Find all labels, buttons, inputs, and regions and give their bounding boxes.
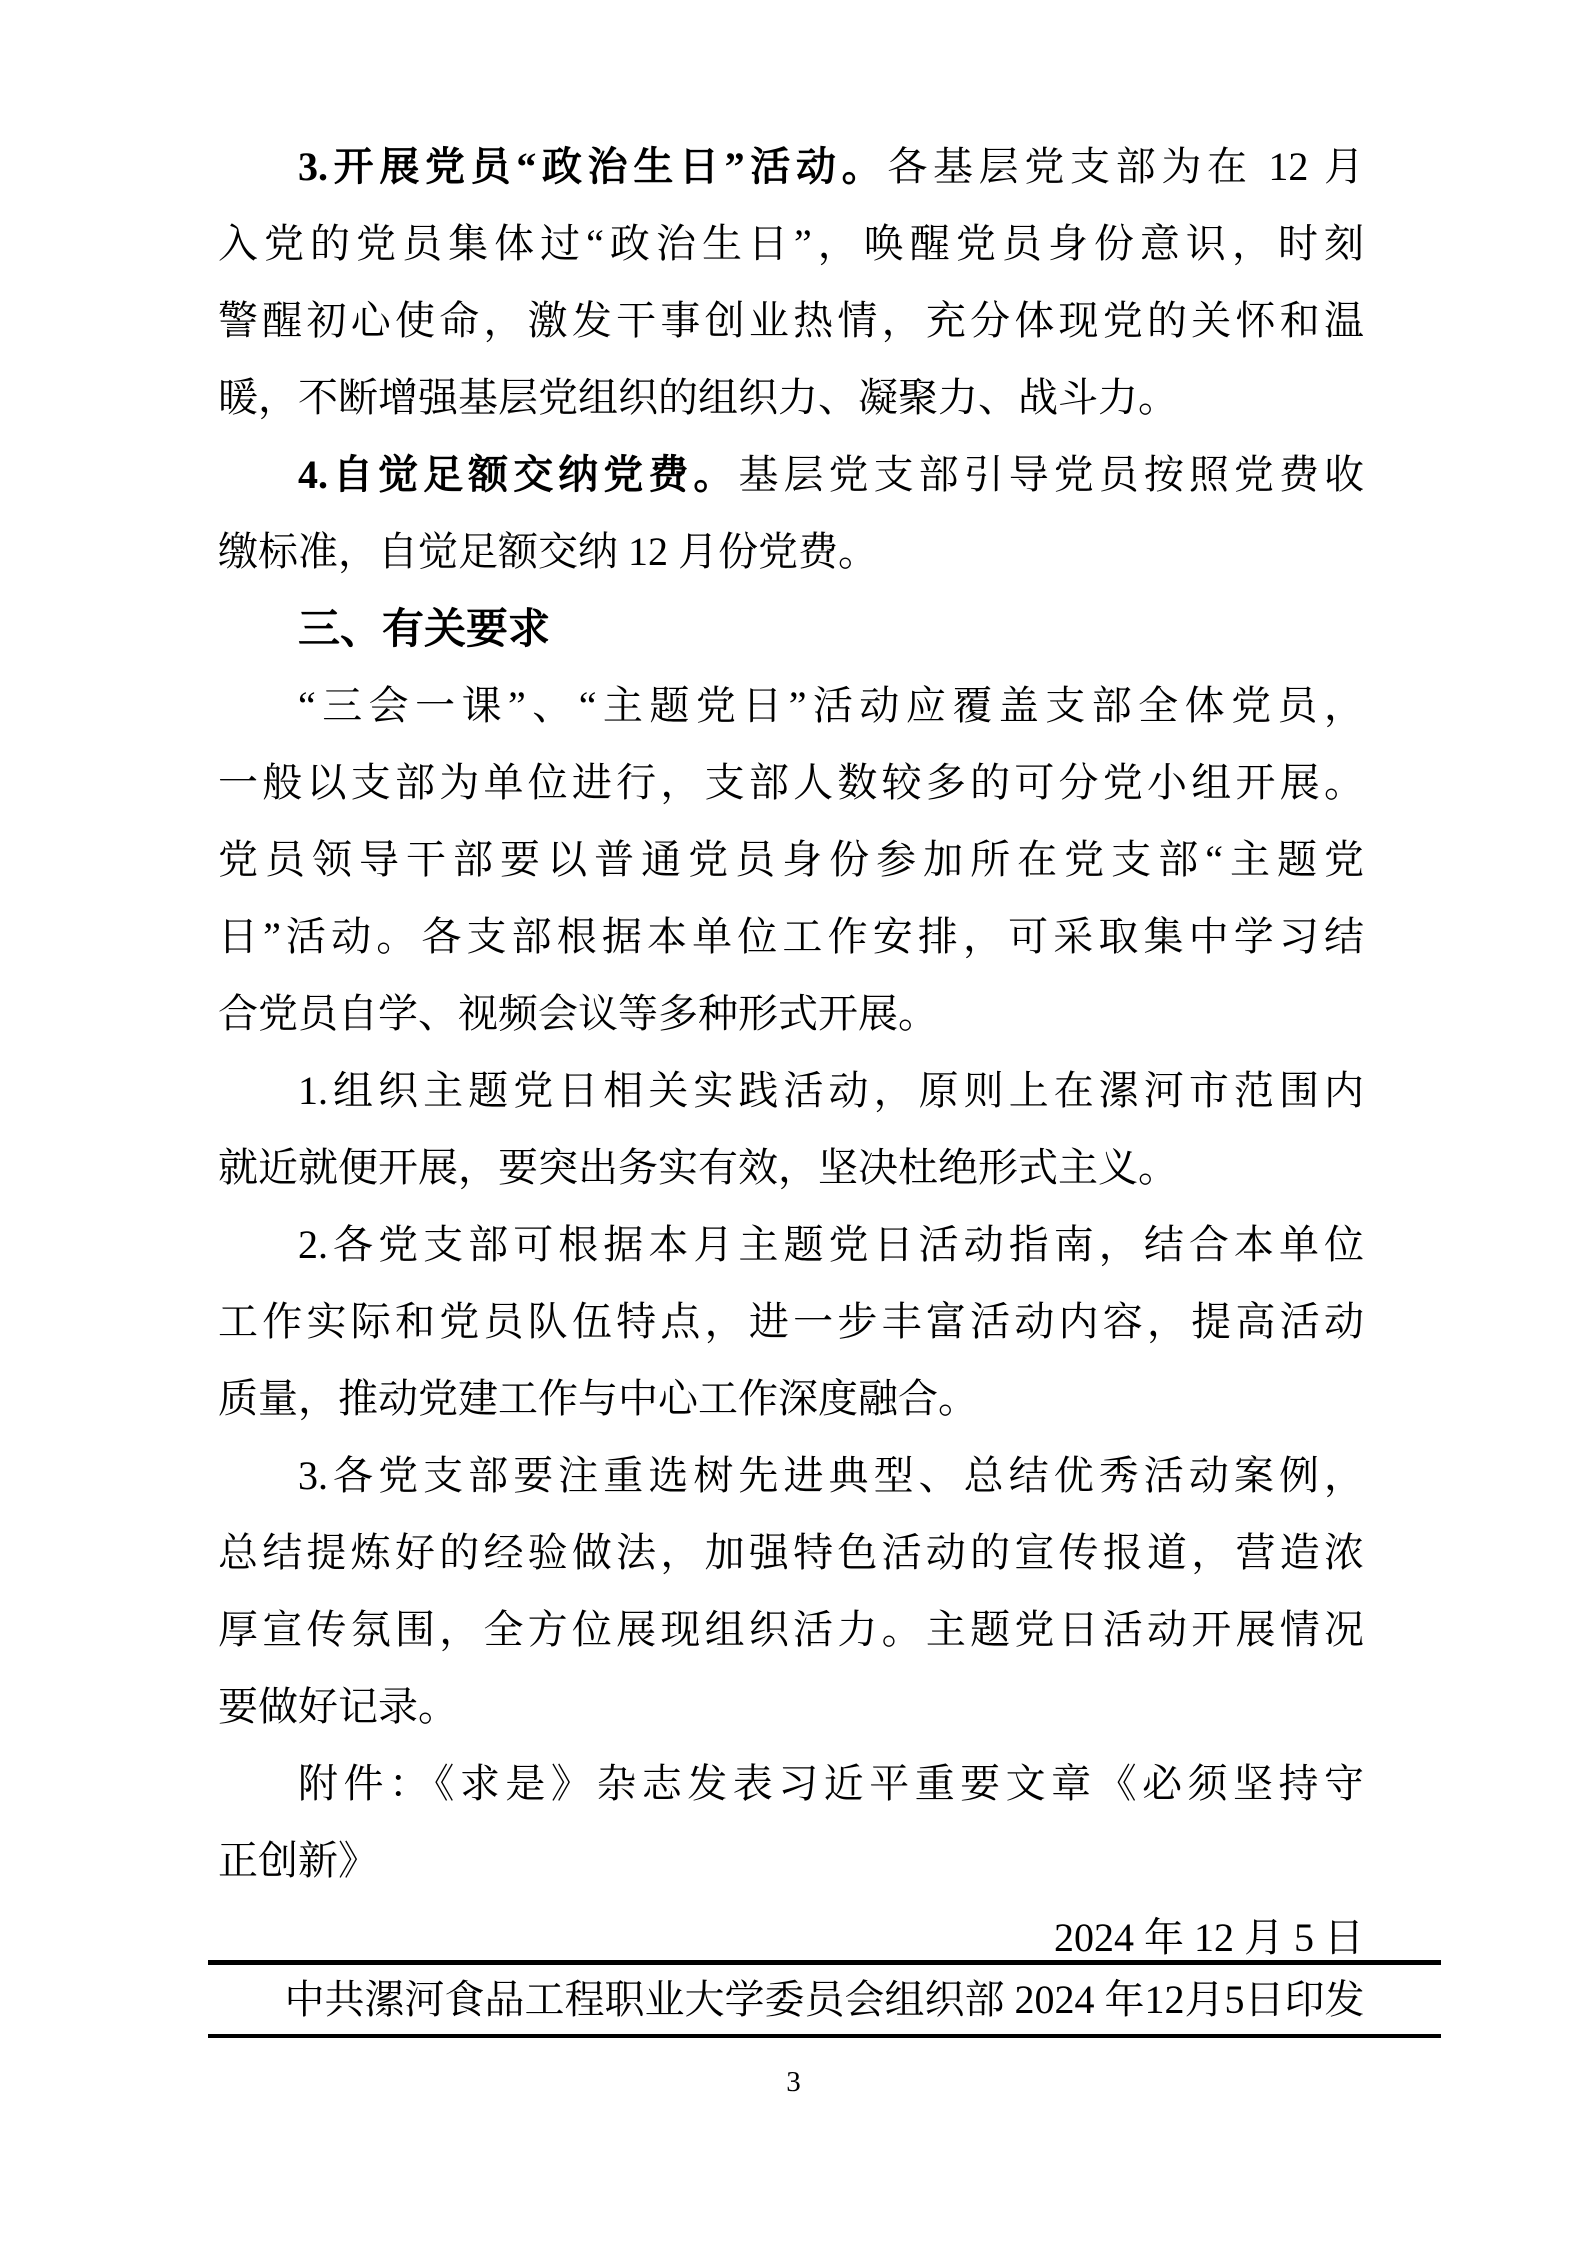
text-line: 正创新》 — [218, 1822, 1364, 1899]
body-text: 基层党支部引导党员按照党费收 — [738, 452, 1364, 497]
body-text: 警醒初心使命，激发干事创业热情，充分体现党的关怀和温 — [218, 298, 1364, 343]
text-line: 1.组织主题党日相关实践活动，原则上在漯河市范围内 — [218, 1052, 1364, 1129]
body-text: 要做好记录。 — [218, 1684, 458, 1729]
body-text: 工作实际和党员队伍特点，进一步丰富活动内容，提高活动 — [218, 1299, 1364, 1344]
text-line: 要做好记录。 — [218, 1668, 1364, 1745]
document-body: 3.开展党员“政治生日”活动。各基层党支部为在 12 月入党的党员集体过“政治生… — [218, 128, 1364, 1976]
body-text: 合党员自学、视频会议等多种形式开展。 — [218, 991, 938, 1036]
text-line: 4.自觉足额交纳党费。基层党支部引导党员按照党费收 — [218, 436, 1364, 513]
text-line: 质量，推动党建工作与中心工作深度融合。 — [218, 1360, 1364, 1437]
text-line: 党员领导干部要以普通党员身份参加所在党支部“主题党 — [218, 821, 1364, 898]
body-text: 党员领导干部要以普通党员身份参加所在党支部“主题党 — [218, 837, 1364, 882]
bold-lead-text: 4.自觉足额交纳党费。 — [298, 452, 738, 497]
bold-lead-text: 3.开展党员“政治生日”活动。 — [298, 144, 887, 189]
text-line: 3.开展党员“政治生日”活动。各基层党支部为在 12 月 — [218, 128, 1364, 205]
body-text: 各基层党支部为在 12 月 — [887, 144, 1364, 189]
body-text: 日”活动。各支部根据本单位工作安排，可采取集中学习结 — [218, 914, 1364, 959]
text-line: 就近就便开展，要突出务实有效，坚决杜绝形式主义。 — [218, 1129, 1364, 1206]
text-line: 总结提炼好的经验做法，加强特色活动的宣传报道，营造浓 — [218, 1514, 1364, 1591]
document-page: 3.开展党员“政治生日”活动。各基层党支部为在 12 月入党的党员集体过“政治生… — [0, 0, 1587, 2245]
text-line: 缴标准，自觉足额交纳 12 月份党费。 — [218, 513, 1364, 590]
text-line: 日”活动。各支部根据本单位工作安排，可采取集中学习结 — [218, 898, 1364, 975]
text-line: “三会一课”、“主题党日”活动应覆盖支部全体党员， — [218, 667, 1364, 744]
page-number: 3 — [0, 2064, 1587, 2100]
body-text: 质量，推动党建工作与中心工作深度融合。 — [218, 1376, 978, 1421]
body-text: 就近就便开展，要突出务实有效，坚决杜绝形式主义。 — [218, 1145, 1178, 1190]
body-text: 厚宣传氛围，全方位展现组织活力。主题党日活动开展情况 — [218, 1607, 1364, 1652]
bold-lead-text: 三、有关要求 — [298, 605, 550, 652]
body-text: 一般以支部为单位进行，支部人数较多的可分党小组开展。 — [218, 760, 1364, 805]
section-heading: 三、有关要求 — [218, 590, 1364, 667]
body-text: 暖，不断增强基层党组织的组织力、凝聚力、战斗力。 — [218, 375, 1178, 420]
text-line: 3.各党支部要注重选树先进典型、总结优秀活动案例， — [218, 1437, 1364, 1514]
body-text: 总结提炼好的经验做法，加强特色活动的宣传报道，营造浓 — [218, 1530, 1364, 1575]
text-line: 入党的党员集体过“政治生日”，唤醒党员身份意识，时刻 — [218, 205, 1364, 282]
text-line: 附件：《求是》杂志发表习近平重要文章《必须坚持守 — [218, 1745, 1364, 1822]
text-line: 暖，不断增强基层党组织的组织力、凝聚力、战斗力。 — [218, 359, 1364, 436]
body-text: 正创新》 — [218, 1838, 378, 1883]
text-line: 工作实际和党员队伍特点，进一步丰富活动内容，提高活动 — [218, 1283, 1364, 1360]
text-line: 警醒初心使命，激发干事创业热情，充分体现党的关怀和温 — [218, 282, 1364, 359]
text-line: 2.各党支部可根据本月主题党日活动指南，结合本单位 — [218, 1206, 1364, 1283]
body-text: 缴标准，自觉足额交纳 12 月份党费。 — [218, 529, 878, 574]
footer-rule-top — [208, 1960, 1441, 1965]
body-text: 入党的党员集体过“政治生日”，唤醒党员身份意识，时刻 — [218, 221, 1364, 266]
text-line: 厚宣传氛围，全方位展现组织活力。主题党日活动开展情况 — [218, 1591, 1364, 1668]
footer-issuer-line: 中共漯河食品工程职业大学委员会组织部 2024 年12月5日印发 — [208, 1969, 1441, 2031]
footer-rule-bottom — [208, 2034, 1441, 2038]
body-text: “三会一课”、“主题党日”活动应覆盖支部全体党员， — [298, 683, 1364, 728]
body-text: 3.各党支部要注重选树先进典型、总结优秀活动案例， — [298, 1453, 1364, 1498]
body-lines: 3.开展党员“政治生日”活动。各基层党支部为在 12 月入党的党员集体过“政治生… — [218, 128, 1364, 1899]
body-text: 2.各党支部可根据本月主题党日活动指南，结合本单位 — [298, 1222, 1364, 1267]
text-line: 合党员自学、视频会议等多种形式开展。 — [218, 975, 1364, 1052]
text-line: 一般以支部为单位进行，支部人数较多的可分党小组开展。 — [218, 744, 1364, 821]
body-text: 附件：《求是》杂志发表习近平重要文章《必须坚持守 — [298, 1761, 1364, 1806]
body-text: 1.组织主题党日相关实践活动，原则上在漯河市范围内 — [298, 1068, 1364, 1113]
